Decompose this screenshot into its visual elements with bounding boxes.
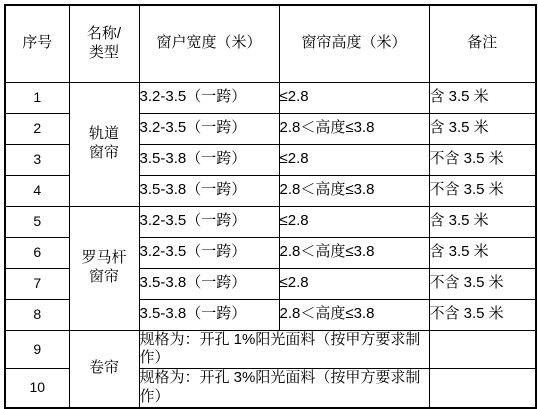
- cell-curtain-height: 2.8＜高度≤3.8: [279, 113, 429, 144]
- group-name-roller-blind: 卷帘: [69, 330, 139, 408]
- cell-window-width: 3.5-3.8（一跨）: [139, 268, 279, 299]
- cell-no: 1: [5, 82, 69, 113]
- table-row: 9 卷帘 规格为：开孔 1%阳光面料（按甲方要求制作）: [5, 330, 536, 369]
- cell-remark: 含 3.5 米: [429, 113, 536, 144]
- cell-remark: 含 3.5 米: [429, 237, 536, 268]
- cell-window-width: 3.5-3.8（一跨）: [139, 144, 279, 175]
- header-window-width: 窗户宽度（米）: [139, 5, 279, 82]
- cell-remark: 含 3.5 米: [429, 82, 536, 113]
- header-remark: 备注: [429, 5, 536, 82]
- cell-remark: 不含 3.5 米: [429, 175, 536, 206]
- cell-remark: 含 3.5 米: [429, 206, 536, 237]
- cell-no: 2: [5, 113, 69, 144]
- cell-window-width: 3.2-3.5（一跨）: [139, 206, 279, 237]
- cell-no: 6: [5, 237, 69, 268]
- cell-no: 3: [5, 144, 69, 175]
- cell-no: 5: [5, 206, 69, 237]
- cell-remark: 不含 3.5 米: [429, 268, 536, 299]
- cell-curtain-height: 2.8＜高度≤3.8: [279, 299, 429, 330]
- cell-no: 4: [5, 175, 69, 206]
- cell-window-width: 3.2-3.5（一跨）: [139, 82, 279, 113]
- cell-spec: 规格为：开孔 1%阳光面料（按甲方要求制作）: [139, 330, 429, 369]
- cell-window-width: 3.2-3.5（一跨）: [139, 113, 279, 144]
- cell-window-width: 3.2-3.5（一跨）: [139, 237, 279, 268]
- header-row: 序号 名称/ 类型 窗户宽度（米） 窗帘高度（米） 备注: [5, 5, 536, 82]
- table-row: 5 罗马杆 窗帘 3.2-3.5（一跨） ≤2.8 含 3.5 米: [5, 206, 536, 237]
- cell-window-width: 3.5-3.8（一跨）: [139, 175, 279, 206]
- cell-curtain-height: ≤2.8: [279, 144, 429, 175]
- cell-remark: 不含 3.5 米: [429, 144, 536, 175]
- cell-no: 8: [5, 299, 69, 330]
- header-no: 序号: [5, 5, 69, 82]
- cell-spec: 规格为：开孔 3%阳光面料（按甲方要求制作）: [139, 369, 429, 408]
- cell-no: 9: [5, 330, 69, 369]
- cell-curtain-height: ≤2.8: [279, 82, 429, 113]
- header-curtain-height: 窗帘高度（米）: [279, 5, 429, 82]
- group-name-track-curtain: 轨道 窗帘: [69, 82, 139, 206]
- document-page: 序号 名称/ 类型 窗户宽度（米） 窗帘高度（米） 备注 1 轨道 窗帘 3.2…: [0, 0, 538, 395]
- cell-window-width: 3.5-3.8（一跨）: [139, 299, 279, 330]
- cell-curtain-height: 2.8＜高度≤3.8: [279, 175, 429, 206]
- cell-curtain-height: 2.8＜高度≤3.8: [279, 237, 429, 268]
- group-name-roman-rod-curtain: 罗马杆 窗帘: [69, 206, 139, 330]
- header-name-type: 名称/ 类型: [69, 5, 139, 82]
- cell-no: 10: [5, 369, 69, 408]
- cell-remark: [429, 330, 536, 369]
- cell-curtain-height: ≤2.8: [279, 268, 429, 299]
- cell-no: 7: [5, 268, 69, 299]
- cell-curtain-height: ≤2.8: [279, 206, 429, 237]
- cell-remark: [429, 369, 536, 408]
- curtain-spec-table: 序号 名称/ 类型 窗户宽度（米） 窗帘高度（米） 备注 1 轨道 窗帘 3.2…: [4, 4, 537, 409]
- cell-remark: 不含 3.5 米: [429, 299, 536, 330]
- table-row: 1 轨道 窗帘 3.2-3.5（一跨） ≤2.8 含 3.5 米: [5, 82, 536, 113]
